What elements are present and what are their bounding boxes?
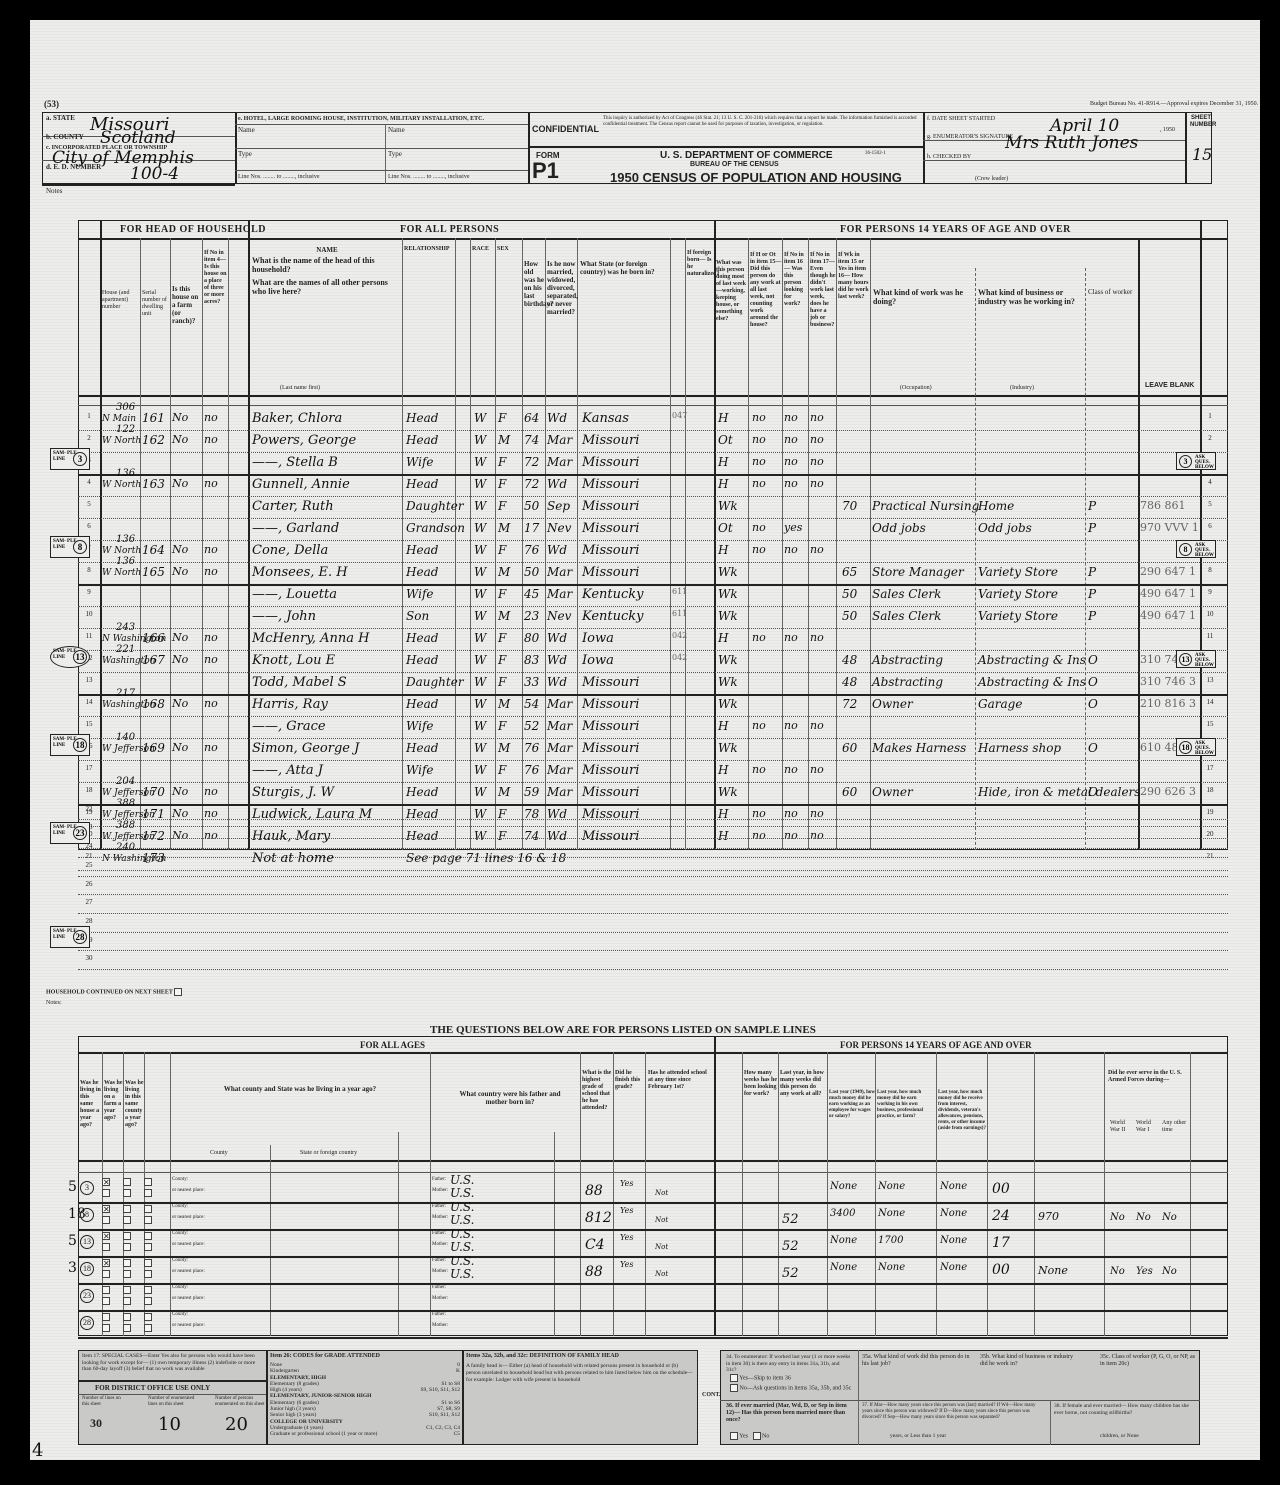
c22-no-checkbox[interactable] xyxy=(123,1216,131,1224)
worked-cell[interactable]: no xyxy=(752,455,766,468)
c22-yes-checkbox[interactable] xyxy=(123,1205,131,1213)
has-job-cell[interactable]: no xyxy=(810,455,824,468)
finished-grade[interactable]: Yes xyxy=(620,1179,633,1188)
sex-cell[interactable]: M xyxy=(498,609,510,623)
worked-cell[interactable]: no xyxy=(752,719,766,732)
activity-cell[interactable]: H xyxy=(718,719,728,733)
leave-blank-c-cell[interactable]: 786 861 xyxy=(1140,499,1186,512)
c22-yes-checkbox[interactable] xyxy=(123,1259,131,1267)
name-cell[interactable]: Sturgis, J. W xyxy=(252,785,334,800)
c21-yes-checkbox[interactable]: ✕ xyxy=(102,1259,110,1267)
activity-cell[interactable]: Wk xyxy=(718,653,738,667)
activity-cell[interactable]: Ot xyxy=(718,433,733,447)
farm-cell[interactable]: No xyxy=(172,543,188,556)
attended-school[interactable]: Not xyxy=(655,1216,668,1224)
name-cell[interactable]: Gunnell, Annie xyxy=(252,477,350,492)
name-cell[interactable]: McHenry, Anna H xyxy=(252,631,369,646)
grade-attended[interactable]: 88 xyxy=(585,1264,603,1280)
race-cell[interactable]: W xyxy=(474,587,486,601)
enumerated-lines-value[interactable]: 10 xyxy=(158,1414,181,1435)
industry-cell[interactable]: Variety Store xyxy=(978,565,1058,579)
name-cell[interactable]: Powers, George xyxy=(252,433,356,448)
c22-no-checkbox[interactable] xyxy=(123,1189,131,1197)
leave-blank-f[interactable]: 17 xyxy=(992,1235,1010,1251)
marital-cell[interactable]: Wd xyxy=(547,631,567,645)
acres-cell[interactable]: no xyxy=(204,741,218,754)
attended-school[interactable]: Not xyxy=(655,1243,668,1251)
name-cell[interactable]: Todd, Mabel S xyxy=(252,675,347,690)
activity-cell[interactable]: H xyxy=(718,543,728,557)
serial-cell[interactable]: 172 xyxy=(142,829,165,843)
c23-yes-checkbox[interactable] xyxy=(144,1205,152,1213)
serial-cell[interactable]: 173 xyxy=(142,851,165,865)
c21-no-checkbox[interactable] xyxy=(102,1189,110,1197)
acres-cell[interactable]: no xyxy=(204,543,218,556)
industry-cell[interactable]: Hide, iron & metal dealers xyxy=(978,785,1123,799)
birthplace-cell[interactable]: Missouri xyxy=(582,675,639,690)
father-birthplace[interactable]: U.S. xyxy=(450,1227,474,1241)
marital-cell[interactable]: Wd xyxy=(547,675,567,689)
hours-cell[interactable]: 48 xyxy=(842,675,857,689)
marital-cell[interactable]: Mar xyxy=(547,741,572,755)
race-cell[interactable]: W xyxy=(474,697,486,711)
birthplace-cell[interactable]: Missouri xyxy=(582,741,639,756)
marital-cell[interactable]: Nev xyxy=(547,609,571,623)
age-cell[interactable]: 80 xyxy=(524,631,539,645)
birthplace-cell[interactable]: Missouri xyxy=(582,785,639,800)
occupation-cell[interactable]: Makes Harness xyxy=(872,741,966,755)
q36-yes-checkbox[interactable] xyxy=(730,1432,738,1440)
family-wage-income[interactable]: 970 xyxy=(1038,1210,1059,1223)
finished-grade[interactable]: Yes xyxy=(620,1260,633,1269)
name-cell[interactable]: ——, Garland xyxy=(252,521,339,536)
leave-blank-c-cell[interactable]: 290 647 1 xyxy=(1140,565,1196,578)
acres-cell[interactable]: no xyxy=(204,631,218,644)
marital-cell[interactable]: Mar xyxy=(547,587,572,601)
worked-cell[interactable]: no xyxy=(752,829,766,842)
relationship-cell[interactable]: Head xyxy=(406,543,438,557)
hours-cell[interactable]: 65 xyxy=(842,565,857,579)
leave-blank-b-cell[interactable]: 611 xyxy=(672,609,687,618)
age-cell[interactable]: 76 xyxy=(524,741,539,755)
birthplace-cell[interactable]: Missouri xyxy=(582,433,639,448)
birthplace-cell[interactable]: Missouri xyxy=(582,521,639,536)
age-cell[interactable]: 83 xyxy=(524,653,539,667)
father-birthplace[interactable]: U.S. xyxy=(450,1200,474,1214)
other-income[interactable]: None xyxy=(940,1181,967,1192)
has-job-cell[interactable]: no xyxy=(810,631,824,644)
c21-no-checkbox[interactable] xyxy=(102,1324,110,1332)
marital-cell[interactable]: Mar xyxy=(547,565,572,579)
age-cell[interactable]: 76 xyxy=(524,543,539,557)
farm-cell[interactable]: No xyxy=(172,807,188,820)
house-number-cell[interactable]: 388 xyxy=(116,798,135,809)
street-cell[interactable]: N Main xyxy=(102,414,136,424)
name-cell[interactable]: ——, Grace xyxy=(252,719,326,734)
serial-cell[interactable]: 169 xyxy=(142,741,165,755)
c22-yes-checkbox[interactable] xyxy=(123,1178,131,1186)
serial-cell[interactable]: 161 xyxy=(142,411,165,425)
has-job-cell[interactable]: no xyxy=(810,433,824,446)
c21-no-checkbox[interactable] xyxy=(102,1297,110,1305)
looking-cell[interactable]: no xyxy=(784,477,798,490)
name-cell[interactable]: Simon, George J xyxy=(252,741,359,756)
birthplace-cell[interactable]: Missouri xyxy=(582,763,639,778)
leave-blank-b-cell[interactable]: 047 xyxy=(672,411,687,420)
has-job-cell[interactable]: no xyxy=(810,829,824,842)
age-cell[interactable]: 54 xyxy=(524,697,539,711)
race-cell[interactable]: W xyxy=(474,477,486,491)
age-cell[interactable]: 72 xyxy=(524,477,539,491)
street-cell[interactable]: W North xyxy=(102,436,141,446)
leave-blank-f[interactable]: 00 xyxy=(992,1181,1010,1197)
serial-cell[interactable]: 168 xyxy=(142,697,165,711)
hours-cell[interactable]: 50 xyxy=(842,609,857,623)
street-cell[interactable]: W North xyxy=(102,568,141,578)
farm-cell[interactable]: No xyxy=(172,829,188,842)
looking-cell[interactable]: no xyxy=(784,543,798,556)
industry-cell[interactable]: Harness shop xyxy=(978,741,1061,755)
class-cell[interactable]: O xyxy=(1088,675,1098,689)
c21-yes-checkbox[interactable] xyxy=(102,1286,110,1294)
activity-cell[interactable]: Wk xyxy=(718,609,738,623)
industry-cell[interactable]: Odd jobs xyxy=(978,521,1032,535)
house-number-cell[interactable]: 240 xyxy=(116,842,135,853)
age-cell[interactable]: 23 xyxy=(524,609,539,623)
business-income[interactable]: 1700 xyxy=(878,1235,903,1246)
marital-cell[interactable]: Mar xyxy=(547,455,572,469)
other-income[interactable]: None xyxy=(940,1208,967,1219)
relationship-cell[interactable]: Wife xyxy=(406,455,434,469)
c23-yes-checkbox[interactable] xyxy=(144,1232,152,1240)
occupation-cell[interactable]: Store Manager xyxy=(872,565,964,579)
q34-no-checkbox[interactable] xyxy=(730,1384,738,1392)
c23-yes-checkbox[interactable] xyxy=(144,1286,152,1294)
c23-no-checkbox[interactable] xyxy=(144,1243,152,1251)
other-income[interactable]: None xyxy=(940,1235,967,1246)
c22-no-checkbox[interactable] xyxy=(123,1324,131,1332)
age-cell[interactable]: 17 xyxy=(524,521,539,535)
acres-cell[interactable]: no xyxy=(204,565,218,578)
race-cell[interactable]: W xyxy=(474,785,486,799)
occupation-cell[interactable]: Abstracting xyxy=(872,675,943,689)
sex-cell[interactable]: M xyxy=(498,741,510,755)
worked-cell[interactable]: no xyxy=(752,763,766,776)
sex-cell[interactable]: M xyxy=(498,433,510,447)
farm-cell[interactable]: No xyxy=(172,411,188,424)
name-cell[interactable]: Not at home xyxy=(252,851,334,866)
occupation-cell[interactable]: Sales Clerk xyxy=(872,609,941,623)
birthplace-cell[interactable]: Iowa xyxy=(582,631,614,646)
worked-cell[interactable]: no xyxy=(752,521,766,534)
looking-cell[interactable]: no xyxy=(784,763,798,776)
race-cell[interactable]: W xyxy=(474,521,486,535)
c22-yes-checkbox[interactable] xyxy=(123,1232,131,1240)
c23-no-checkbox[interactable] xyxy=(144,1270,152,1278)
business-income[interactable]: None xyxy=(878,1181,905,1192)
name-cell[interactable]: ——, John xyxy=(252,609,316,624)
name-cell[interactable]: Harris, Ray xyxy=(252,697,328,712)
name-cell[interactable]: ——, Louetta xyxy=(252,587,337,602)
looking-cell[interactable]: no xyxy=(784,433,798,446)
age-cell[interactable]: 52 xyxy=(524,719,539,733)
leave-blank-c-cell[interactable]: 310 746 3 xyxy=(1140,675,1196,688)
worked-cell[interactable]: no xyxy=(752,477,766,490)
hours-cell[interactable]: 72 xyxy=(842,697,857,711)
other-service[interactable]: No xyxy=(1162,1212,1177,1223)
c22-no-checkbox[interactable] xyxy=(123,1270,131,1278)
sex-cell[interactable]: F xyxy=(498,587,506,601)
class-cell[interactable]: O xyxy=(1088,653,1098,667)
sex-cell[interactable]: F xyxy=(498,719,506,733)
c23-no-checkbox[interactable] xyxy=(144,1297,152,1305)
marital-cell[interactable]: Wd xyxy=(547,653,567,667)
industry-cell[interactable]: Home xyxy=(978,499,1014,513)
marital-cell[interactable]: Wd xyxy=(547,543,567,557)
mother-birthplace[interactable]: U.S. xyxy=(450,1267,474,1281)
c22-yes-checkbox[interactable] xyxy=(123,1313,131,1321)
relationship-cell[interactable]: Daughter xyxy=(406,499,464,513)
race-cell[interactable]: W xyxy=(474,455,486,469)
sex-cell[interactable]: F xyxy=(498,543,506,557)
race-cell[interactable]: W xyxy=(474,763,486,777)
grade-attended[interactable]: 812 xyxy=(585,1210,612,1226)
c22-yes-checkbox[interactable] xyxy=(123,1286,131,1294)
weeks-worked[interactable]: 52 xyxy=(782,1239,799,1254)
finished-grade[interactable]: Yes xyxy=(620,1233,633,1242)
activity-cell[interactable]: Ot xyxy=(718,521,733,535)
relationship-cell[interactable]: Head xyxy=(406,741,438,755)
c21-no-checkbox[interactable] xyxy=(102,1270,110,1278)
activity-cell[interactable]: Wk xyxy=(718,697,738,711)
industry-cell[interactable]: Abstracting & Ins xyxy=(978,675,1086,689)
c23-yes-checkbox[interactable] xyxy=(144,1259,152,1267)
farm-cell[interactable]: No xyxy=(172,477,188,490)
activity-cell[interactable]: H xyxy=(718,763,728,777)
mother-birthplace[interactable]: U.S. xyxy=(450,1213,474,1227)
birthplace-cell[interactable]: Missouri xyxy=(582,455,639,470)
leave-blank-b-cell[interactable]: 611 xyxy=(672,587,687,596)
c23-yes-checkbox[interactable] xyxy=(144,1313,152,1321)
activity-cell[interactable]: Wk xyxy=(718,499,738,513)
house-number-cell[interactable]: 217 xyxy=(116,688,135,699)
relationship-cell[interactable]: Son xyxy=(406,609,429,623)
age-cell[interactable]: 74 xyxy=(524,829,539,843)
class-cell[interactable]: O xyxy=(1088,741,1098,755)
name-cell[interactable]: Monsees, E. H xyxy=(252,565,348,580)
wage-income[interactable]: None xyxy=(830,1262,857,1273)
enumerator-signature[interactable]: Mrs Ruth Jones xyxy=(1005,133,1138,153)
acres-cell[interactable]: no xyxy=(204,785,218,798)
sex-cell[interactable]: M xyxy=(498,785,510,799)
farm-cell[interactable]: No xyxy=(172,697,188,710)
father-birthplace[interactable]: U.S. xyxy=(450,1254,474,1268)
worked-cell[interactable]: no xyxy=(752,631,766,644)
leave-blank-b-cell[interactable]: 042 xyxy=(672,653,687,662)
other-income[interactable]: None xyxy=(940,1262,967,1273)
q36-no-checkbox[interactable] xyxy=(753,1432,761,1440)
c21-yes-checkbox[interactable] xyxy=(102,1313,110,1321)
leave-blank-f[interactable]: 00 xyxy=(992,1262,1010,1278)
looking-cell[interactable]: no xyxy=(784,631,798,644)
race-cell[interactable]: W xyxy=(474,653,486,667)
house-number-cell[interactable]: 122 xyxy=(116,424,135,435)
marital-cell[interactable]: Mar xyxy=(547,697,572,711)
leave-blank-c-cell[interactable]: 970 VVV 1 xyxy=(1140,521,1199,534)
class-cell[interactable]: P xyxy=(1088,521,1096,535)
has-job-cell[interactable]: no xyxy=(810,763,824,776)
age-cell[interactable]: 74 xyxy=(524,433,539,447)
street-cell[interactable]: W North xyxy=(102,546,141,556)
birthplace-cell[interactable]: Iowa xyxy=(582,653,614,668)
leave-blank-c-cell[interactable]: 290 626 3 xyxy=(1140,785,1196,798)
mother-birthplace[interactable]: U.S. xyxy=(450,1240,474,1254)
birthplace-cell[interactable]: Kentucky xyxy=(582,609,644,624)
acres-cell[interactable]: no xyxy=(204,411,218,424)
serial-cell[interactable]: 165 xyxy=(142,565,165,579)
acres-cell[interactable]: no xyxy=(204,829,218,842)
race-cell[interactable]: W xyxy=(474,565,486,579)
relationship-cell[interactable]: Head xyxy=(406,631,438,645)
leave-blank-c-cell[interactable]: 490 647 1 xyxy=(1140,609,1196,622)
age-cell[interactable]: 76 xyxy=(524,763,539,777)
farm-cell[interactable]: No xyxy=(172,741,188,754)
business-income[interactable]: None xyxy=(878,1208,905,1219)
sheet-number[interactable]: 15 xyxy=(1192,145,1212,164)
farm-cell[interactable]: No xyxy=(172,785,188,798)
relationship-cell[interactable]: Head xyxy=(406,411,438,425)
q34-yes-checkbox[interactable] xyxy=(730,1374,738,1382)
house-number-cell[interactable]: 306 xyxy=(116,402,135,413)
occupation-cell[interactable]: Owner xyxy=(872,697,913,711)
birthplace-cell[interactable]: Kansas xyxy=(582,411,629,426)
weeks-worked[interactable]: 52 xyxy=(782,1212,799,1227)
occupation-cell[interactable]: Sales Clerk xyxy=(872,587,941,601)
activity-cell[interactable]: H xyxy=(718,455,728,469)
farm-cell[interactable]: No xyxy=(172,565,188,578)
worked-cell[interactable]: no xyxy=(752,411,766,424)
activity-cell[interactable]: H xyxy=(718,829,728,843)
age-cell[interactable]: 50 xyxy=(524,565,539,579)
race-cell[interactable]: W xyxy=(474,741,486,755)
sex-cell[interactable]: F xyxy=(498,653,506,667)
name-cell[interactable]: ——, Atta J xyxy=(252,763,323,778)
c23-no-checkbox[interactable] xyxy=(144,1216,152,1224)
race-cell[interactable]: W xyxy=(474,433,486,447)
ww2-service[interactable]: No xyxy=(1110,1266,1125,1277)
c22-no-checkbox[interactable] xyxy=(123,1243,131,1251)
worked-cell[interactable]: no xyxy=(752,807,766,820)
birthplace-cell[interactable]: Kentucky xyxy=(582,587,644,602)
class-cell[interactable]: P xyxy=(1088,587,1096,601)
class-cell[interactable]: P xyxy=(1088,609,1096,623)
has-job-cell[interactable]: no xyxy=(810,543,824,556)
occupation-cell[interactable]: Owner xyxy=(872,785,913,799)
class-cell[interactable]: P xyxy=(1088,499,1096,513)
name-cell[interactable]: Carter, Ruth xyxy=(252,499,334,514)
occupation-cell[interactable]: Abstracting xyxy=(872,653,943,667)
weeks-worked[interactable]: 52 xyxy=(782,1266,799,1281)
house-number-cell[interactable]: 221 xyxy=(116,644,135,655)
relationship-cell[interactable]: Grandson xyxy=(406,521,465,535)
c22-no-checkbox[interactable] xyxy=(123,1297,131,1305)
household-continued-checkbox[interactable] xyxy=(174,988,182,996)
race-cell[interactable]: W xyxy=(474,719,486,733)
birthplace-cell[interactable]: Missouri xyxy=(582,477,639,492)
age-cell[interactable]: 50 xyxy=(524,499,539,513)
has-job-cell[interactable]: no xyxy=(810,719,824,732)
serial-cell[interactable]: 166 xyxy=(142,631,165,645)
hours-cell[interactable]: 60 xyxy=(842,741,857,755)
relationship-cell[interactable]: Head xyxy=(406,477,438,491)
occupation-cell[interactable]: Practical Nursing xyxy=(872,499,979,513)
hours-cell[interactable]: 60 xyxy=(842,785,857,799)
wage-income[interactable]: None xyxy=(830,1181,857,1192)
business-income[interactable]: None xyxy=(878,1262,905,1273)
relationship-cell[interactable]: Wife xyxy=(406,719,434,733)
marital-cell[interactable]: Wd xyxy=(547,829,567,843)
hours-cell[interactable]: 50 xyxy=(842,587,857,601)
relationship-cell[interactable]: Head xyxy=(406,785,438,799)
class-cell[interactable]: O xyxy=(1088,697,1098,711)
serial-cell[interactable]: 170 xyxy=(142,785,165,799)
acres-cell[interactable]: no xyxy=(204,653,218,666)
relationship-cell[interactable]: Head xyxy=(406,565,438,579)
activity-cell[interactable]: Wk xyxy=(718,741,738,755)
ww2-service[interactable]: No xyxy=(1110,1212,1125,1223)
family-wage-income[interactable]: None xyxy=(1038,1264,1068,1277)
name-cell[interactable]: Baker, Chlora xyxy=(252,411,342,426)
race-cell[interactable]: W xyxy=(474,675,486,689)
relationship-cell[interactable]: See page 71 lines 16 & 18 xyxy=(406,851,506,865)
wage-income[interactable]: 3400 xyxy=(830,1208,855,1219)
serial-cell[interactable]: 164 xyxy=(142,543,165,557)
activity-cell[interactable]: H xyxy=(718,477,728,491)
birthplace-cell[interactable]: Missouri xyxy=(582,543,639,558)
house-number-cell[interactable]: 243 xyxy=(116,622,135,633)
birthplace-cell[interactable]: Missouri xyxy=(582,697,639,712)
activity-cell[interactable]: H xyxy=(718,631,728,645)
race-cell[interactable]: W xyxy=(474,631,486,645)
looking-cell[interactable]: no xyxy=(784,829,798,842)
marital-cell[interactable]: Sep xyxy=(547,499,570,513)
worked-cell[interactable]: no xyxy=(752,543,766,556)
acres-cell[interactable]: no xyxy=(204,807,218,820)
house-number-cell[interactable]: 136 xyxy=(116,534,135,545)
sex-cell[interactable]: F xyxy=(498,675,506,689)
looking-cell[interactable]: no xyxy=(784,807,798,820)
hours-cell[interactable]: 70 xyxy=(842,499,857,513)
birthplace-cell[interactable]: Missouri xyxy=(582,499,639,514)
serial-cell[interactable]: 162 xyxy=(142,433,165,447)
other-service[interactable]: No xyxy=(1162,1266,1177,1277)
attended-school[interactable]: Not xyxy=(655,1270,668,1278)
race-cell[interactable]: W xyxy=(474,609,486,623)
looking-cell[interactable]: no xyxy=(784,719,798,732)
c23-yes-checkbox[interactable] xyxy=(144,1178,152,1186)
birthplace-cell[interactable]: Missouri xyxy=(582,719,639,734)
relationship-cell[interactable]: Wife xyxy=(406,763,434,777)
sex-cell[interactable]: M xyxy=(498,521,510,535)
sex-cell[interactable]: F xyxy=(498,631,506,645)
leave-blank-b-cell[interactable]: 042 xyxy=(672,631,687,640)
mother-birthplace[interactable]: U.S. xyxy=(450,1186,474,1200)
house-number-cell[interactable]: 388 xyxy=(116,820,135,831)
sex-cell[interactable]: F xyxy=(498,829,506,843)
acres-cell[interactable]: no xyxy=(204,477,218,490)
name-cell[interactable]: Cone, Della xyxy=(252,543,328,558)
finished-grade[interactable]: Yes xyxy=(620,1206,633,1215)
